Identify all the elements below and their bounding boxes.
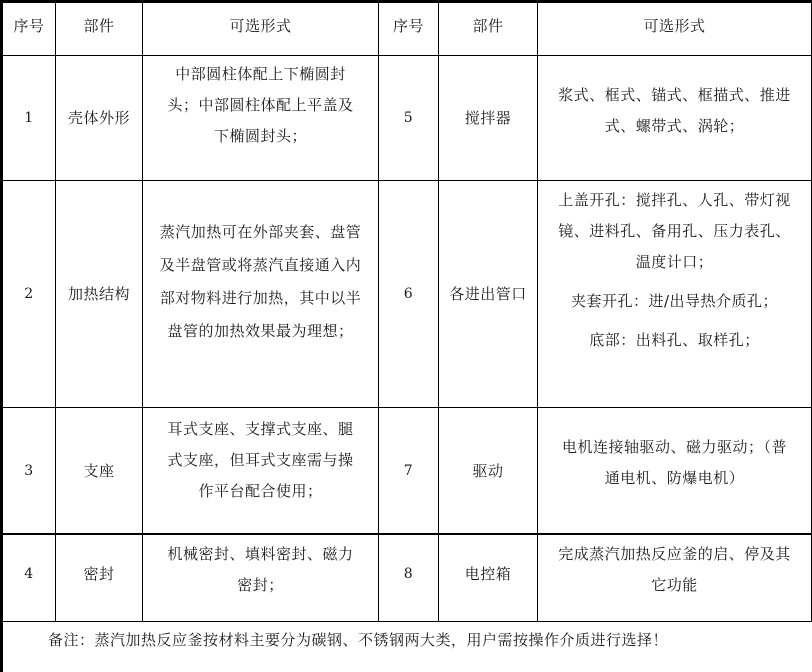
option-line: 盘管的加热效果最为理想； [167,315,353,348]
table-row-6-index: 6 [379,181,439,408]
option-line: 耳式支座、支撑式支座、腿 [167,414,353,445]
header-index-right: 序号 [379,3,439,56]
option-line: 中部圆柱体配上下椭圆封 [175,59,346,90]
header-options-right: 可选形式 [538,3,812,56]
header-label: 序号 [13,11,44,41]
part-name: 支座 [83,456,114,486]
table-row-1-options: 中部圆柱体配上下椭圆封 头；中部圆柱体配上平盖及 下椭圆封头； [143,56,379,181]
option-line: 式支座，但耳式支座需与操 [167,445,353,476]
part-name: 密封 [83,559,114,589]
options-text: 中部圆柱体配上下椭圆封 头；中部圆柱体配上平盖及 下椭圆封头； [145,59,376,152]
option-line: 及半盘管或将蒸汽直接通入内 [160,249,362,282]
part-name: 加热结构 [68,279,130,309]
option-line: 通电机、防爆电机） [605,463,745,494]
option-line: 蒸汽加热可在外部夹套、盘管 [160,216,362,249]
table-row-4-part: 密封 [56,535,143,622]
table-note: 备注：蒸汽加热反应釜按材料主要分为碳钢、不锈钢两大类，用户需按操作介质进行选择！ [3,622,812,672]
option-line: 式、螺带式、涡轮； [605,111,745,142]
option-line: 头；中部圆柱体配上平盖及 [167,90,353,121]
table-row-5-index: 5 [379,56,439,181]
table-row-4-options: 机械密封、填料密封、磁力 密封； [143,535,379,622]
index-value: 1 [24,103,33,133]
header-part-left: 部件 [56,3,143,56]
table-row-7-index: 7 [379,408,439,535]
part-name: 各进出管口 [449,279,527,309]
table-row-8-part: 电控箱 [439,535,538,622]
index-value: 7 [404,456,413,486]
option-line: 完成蒸汽加热反应釜的启、停及其 [558,539,791,570]
header-label: 可选形式 [229,11,291,41]
options-text: 完成蒸汽加热反应釜的启、停及其 它功能 [540,539,809,601]
table-row-1-index: 1 [3,56,56,181]
option-line: 底部：出料孔、取样孔； [589,325,760,356]
part-name: 壳体外形 [68,103,130,133]
table-row-3-index: 3 [3,408,56,535]
part-name: 电控箱 [465,559,512,589]
option-line: 下椭圆封头； [214,121,307,152]
table-row-2-index: 2 [3,181,56,408]
table-row-5-part: 搅拌器 [439,56,538,181]
header-label: 可选形式 [643,11,705,41]
table-row-2-part: 加热结构 [56,181,143,408]
part-name: 驱动 [472,456,503,486]
options-text: 耳式支座、支撑式支座、腿 式支座，但耳式支座需与操 作平台配合使用； [145,414,376,507]
table-row-1-part: 壳体外形 [56,56,143,181]
header-label: 部件 [83,11,114,41]
header-part-right: 部件 [439,3,538,56]
option-line: 温度计口； [636,247,714,278]
option-line: 它功能 [651,570,698,601]
option-line: 镜、进料孔、备用孔、压力表孔、 [558,216,791,247]
options-text: 上盖开孔：搅拌孔、人孔、带灯视 镜、进料孔、备用孔、压力表孔、 温度计口； 夹套… [540,185,809,356]
table-row-7-options: 电机连接轴驱动、磁力驱动；（普 通电机、防爆电机） [538,408,812,535]
header-options-left: 可选形式 [143,3,379,56]
options-text: 机械密封、填料密封、磁力 密封； [145,539,376,601]
index-value: 5 [404,103,413,133]
table-row-6-options: 上盖开孔：搅拌孔、人孔、带灯视 镜、进料孔、备用孔、压力表孔、 温度计口； 夹套… [538,181,812,408]
header-label: 部件 [472,11,503,41]
option-line: 机械密封、填料密封、磁力 [167,539,353,570]
option-line: 部对物料进行加热，其中以半 [160,282,362,315]
index-value: 4 [24,559,33,589]
table-row-4-index: 4 [3,535,56,622]
table-row-7-part: 驱动 [439,408,538,535]
header-index-left: 序号 [3,3,56,56]
table-row-6-part: 各进出管口 [439,181,538,408]
header-label: 序号 [393,11,424,41]
table-row-5-options: 浆式、框式、锚式、框描式、推进 式、螺带式、涡轮； [538,56,812,181]
index-value: 8 [404,559,413,589]
table-row-3-part: 支座 [56,408,143,535]
table-row-8-index: 8 [379,535,439,622]
table-row-8-options: 完成蒸汽加热反应釜的启、停及其 它功能 [538,535,812,622]
table-row-2-options: 蒸汽加热可在外部夹套、盘管 及半盘管或将蒸汽直接通入内 部对物料进行加热，其中以… [143,181,379,408]
part-name: 搅拌器 [465,103,512,133]
option-line: 作平台配合使用； [198,476,322,507]
options-text: 蒸汽加热可在外部夹套、盘管 及半盘管或将蒸汽直接通入内 部对物料进行加热，其中以… [145,216,376,348]
option-line: 上盖开孔：搅拌孔、人孔、带灯视 [558,185,791,216]
index-value: 2 [24,279,33,309]
options-text: 电机连接轴驱动、磁力驱动；（普 通电机、防爆电机） [540,432,809,494]
option-line: 夹套开孔：进/出导热介质孔； [571,286,778,317]
index-value: 3 [24,456,33,486]
index-value: 6 [404,279,413,309]
option-line: 密封； [237,570,284,601]
spec-table: 序号 部件 可选形式 序号 部件 可选形式 1 壳体外形 中部圆柱体配上下椭圆封… [0,0,812,672]
options-text: 浆式、框式、锚式、框描式、推进 式、螺带式、涡轮； [540,80,809,142]
note-text: 备注：蒸汽加热反应釜按材料主要分为碳钢、不锈钢两大类，用户需按操作介质进行选择！ [48,631,668,649]
table-row-3-options: 耳式支座、支撑式支座、腿 式支座，但耳式支座需与操 作平台配合使用； [143,408,379,535]
option-line: 浆式、框式、锚式、框描式、推进 [558,80,791,111]
option-line: 电机连接轴驱动、磁力驱动；（普 [562,432,787,463]
